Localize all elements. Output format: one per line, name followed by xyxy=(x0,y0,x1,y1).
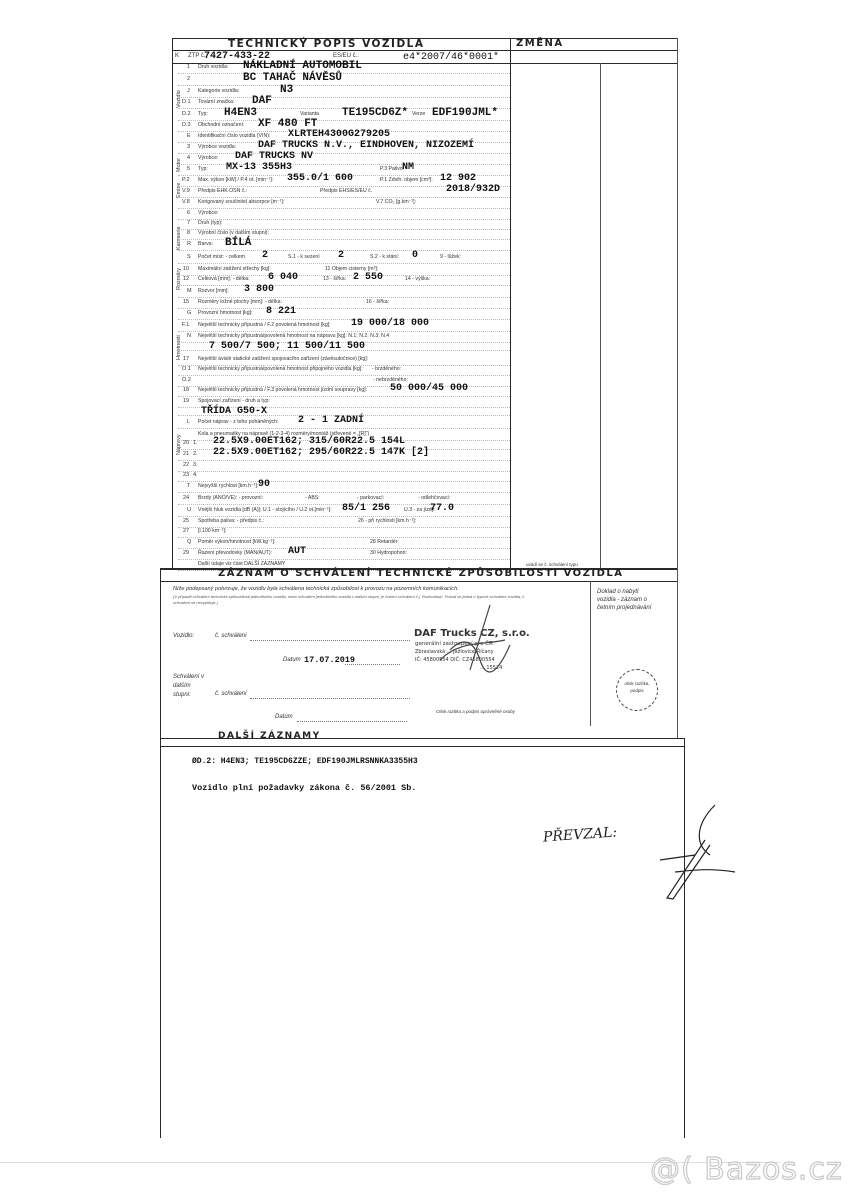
field-label: 28 Retardér: xyxy=(370,539,399,545)
field-number: T xyxy=(187,483,190,489)
field-label: Výrobce vozidla: xyxy=(198,144,236,150)
field-value: DAF xyxy=(252,95,272,107)
eseu-label: ES/EU č.: xyxy=(333,53,359,59)
field-number: M xyxy=(187,288,192,294)
field-number: N xyxy=(187,333,191,339)
field-number: D.2 xyxy=(182,111,191,117)
field-label: Počet míst: - celkem xyxy=(198,254,245,260)
field-label: Největší technicky přípustná/povolená hm… xyxy=(198,333,389,339)
field-value: 3 800 xyxy=(244,284,274,295)
corner-label: K xyxy=(175,53,179,59)
signature-icon xyxy=(655,800,745,910)
field-number: 1. xyxy=(193,440,198,446)
field-number: 27 xyxy=(183,528,189,534)
field-number: G xyxy=(187,310,191,316)
stamp-signature-icon xyxy=(430,600,540,680)
field-number: U xyxy=(187,507,191,513)
field-label: - parkovací: xyxy=(357,495,384,501)
field-label: Rozměry ložné plochy [mm]: - délka: xyxy=(198,299,282,305)
field-label: V.7 CO₂ [g.km⁻¹]: xyxy=(376,199,416,205)
field-label: - ABS: xyxy=(305,495,320,501)
field-value: 0 xyxy=(412,250,418,261)
field-value: N3 xyxy=(280,84,293,96)
field-label: Předpis EHS/ES/EU č. xyxy=(320,188,372,194)
field-label: Řazení převodovky (MAN/AUT): xyxy=(198,550,272,556)
field-number: V.9 xyxy=(182,188,190,194)
field-value: 6 040 xyxy=(268,272,298,283)
field-label: Max. výkon [kW] / P.4 ot. [min⁻¹]: xyxy=(198,177,273,183)
field-label: - odlehčovací: xyxy=(418,495,450,501)
field-number: J xyxy=(187,88,190,94)
field-value: 85/1 256 xyxy=(342,503,390,514)
seal-text: otisk razítka, podpis xyxy=(622,680,652,694)
field-number: 3. xyxy=(193,462,198,468)
field-number: R xyxy=(187,241,191,247)
field-number: 3 xyxy=(187,144,190,150)
field-number: 5 xyxy=(187,166,190,172)
field-label: Rozvor [mm]: xyxy=(198,288,229,294)
field-label: Poměr výkon/hmotnost [kW.kg⁻¹]: xyxy=(198,539,275,545)
side-label-hmotnosti: Hmotnosti xyxy=(176,335,182,360)
field-label: Výrobní číslo (v dalším stupni): xyxy=(198,230,269,236)
handwritten-received: PŘEVZAL: xyxy=(543,824,618,845)
approval-date-label-2: Datum xyxy=(275,714,293,720)
field-number: 12 xyxy=(183,276,189,282)
field-value: 2 xyxy=(338,250,344,261)
field-label: S.2 - k stání: xyxy=(370,254,399,260)
field-number: 22 xyxy=(183,462,189,468)
field-label: Brzdy (ANO/VE): - provozní: xyxy=(198,495,263,501)
field-number: O.2 xyxy=(182,377,191,383)
field-label: Největší ávislé statické zatížení spojov… xyxy=(198,356,368,362)
field-number: 29 xyxy=(183,550,189,556)
field-label: Varianta xyxy=(300,111,319,117)
field-value: XLRTEH4300G279205 xyxy=(288,129,390,140)
field-number: L xyxy=(187,419,190,425)
type-note: uvádí se č. schválení typu xyxy=(526,562,578,567)
field-value: NM xyxy=(402,162,414,173)
field-label: Maximální zatížení střechy [kg]: xyxy=(198,266,271,272)
field-number: P.2 xyxy=(182,177,190,183)
field-label: Vnější hluk vozidla [dB (A)]: U.1 - stoj… xyxy=(198,507,332,513)
field-value: 8 221 xyxy=(266,306,296,317)
field-number: E xyxy=(187,133,191,139)
field-number: 18 xyxy=(183,387,189,393)
field-label: Výrobce: xyxy=(198,210,218,216)
field-number: 2. xyxy=(193,451,198,457)
field-number: 23 xyxy=(183,472,189,478)
field-number: 15 xyxy=(183,299,189,305)
field-number: 21 xyxy=(183,451,189,457)
field-value: TE195CD6Z* xyxy=(342,107,408,119)
field-value: 2018/932D xyxy=(446,184,500,195)
field-number: O.1 xyxy=(182,366,191,372)
field-value: 19 000/18 000 xyxy=(351,318,429,329)
field-label: Počet náprav - z toho poháněných: xyxy=(198,419,278,425)
field-value: MX-13 355H3 xyxy=(226,162,292,173)
field-label: Verze xyxy=(412,111,425,117)
field-number: 2 xyxy=(187,76,190,82)
field-label: 30 Hydropohon: xyxy=(370,550,407,556)
field-number: 24 xyxy=(183,495,189,501)
field-label: Nejvyšší rychlost [km.h⁻¹]: xyxy=(198,483,258,489)
field-label: S.1 - k sezení xyxy=(288,254,320,260)
field-value: 22.5X9.00ET162; 295/60R22.5 147K [2] xyxy=(213,447,429,458)
field-number: F.1 xyxy=(182,322,189,328)
field-value: 2 - 1 ZADNÍ xyxy=(298,415,364,426)
field-label: Identifikační číslo vozidla (VIN): xyxy=(198,133,270,139)
field-value: BÍLÁ xyxy=(225,237,251,249)
field-number: S xyxy=(187,254,191,260)
field-label: Výrobce: xyxy=(198,155,218,161)
field-label: P.1 Zdvih. objem [cm³]: xyxy=(380,177,433,183)
field-label: Druh (typ): xyxy=(198,220,223,226)
field-number: 25 xyxy=(183,518,189,524)
field-label: 16 - šířka: xyxy=(366,299,389,305)
field-value: 2 550 xyxy=(353,272,383,283)
field-label: Obchodní označení: xyxy=(198,122,244,128)
field-number: 6 xyxy=(187,210,190,216)
field-label: 14 - výška: xyxy=(405,276,430,282)
field-label: Spojovací zařízení - druh a typ: xyxy=(198,398,270,404)
field-value: BC TAHAČ NÁVĚSŮ xyxy=(243,72,342,84)
field-value: H4EN3 xyxy=(224,107,257,119)
field-label: Spotřeba paliva: - předpis č.: xyxy=(198,518,264,524)
field-number: 17 xyxy=(183,356,189,362)
field-label: 13 - šířka: xyxy=(323,276,346,282)
field-number: 1 xyxy=(187,64,190,70)
field-label: Typ: xyxy=(198,111,208,117)
approval-vehicle-label: Vozidlo: xyxy=(173,633,194,639)
field-value: 12 902 xyxy=(440,173,476,184)
field-number: 19 xyxy=(183,398,189,404)
field-number: Q xyxy=(187,539,191,545)
field-number: 7 xyxy=(187,220,190,226)
field-label: Největší technicky přípustná / F.2 povol… xyxy=(198,322,331,328)
field-label: Největší technicky přípustná / F.3 povol… xyxy=(198,387,367,393)
field-label: [l.100 km⁻¹]: xyxy=(198,528,226,534)
further-line-2: Vozidlo plní požadavky zákona č. 56/2001… xyxy=(192,783,416,793)
field-label: Celková [mm]: - délka: xyxy=(198,276,250,282)
further-records-title: DALŠÍ ZÁZNAMY xyxy=(218,731,321,741)
change-column-title: ZMĚNA xyxy=(516,38,564,49)
field-number: 8 xyxy=(187,230,190,236)
approval-number-label: č. schválení xyxy=(215,633,247,639)
field-value: NÁKLADNÍ AUTOMOBIL xyxy=(243,60,362,72)
field-value: DAF TRUCKS NV xyxy=(235,151,313,162)
field-label: Kategorie vozidla: xyxy=(198,88,239,94)
field-value: DAF TRUCKS N.V., EINDHOVEN, NIZOZEMÍ xyxy=(258,140,474,151)
field-number: 20 xyxy=(183,440,189,446)
field-label: Barva: xyxy=(198,241,213,247)
next-stage-label: Schválení v dalším stupni: xyxy=(173,673,205,700)
further-line-1: ØD.2: H4EN3; TE195CD6ZZE; EDF190JMLRSNNK… xyxy=(192,757,418,766)
field-number: D.1 xyxy=(182,99,191,105)
field-number: 4 xyxy=(187,155,190,161)
field-number: D.3 xyxy=(182,122,191,128)
field-label: - brzděného: xyxy=(372,366,401,372)
watermark: @( Bazos.cz xyxy=(650,1152,843,1187)
field-number: V.8 xyxy=(182,199,190,205)
field-value: 90 xyxy=(258,479,270,490)
stamp-caption: Otisk razítka a podpis oprávněné osoby xyxy=(436,709,515,714)
field-label: Typ: xyxy=(198,166,208,172)
field-label: Další údaje viz část DALŠÍ ZÁZNAMY xyxy=(198,561,285,567)
field-label: Tovární značka: xyxy=(198,99,234,105)
field-value: 2 xyxy=(262,250,268,261)
field-number: 10 xyxy=(183,266,189,272)
field-value: 50 000/45 000 xyxy=(390,383,468,394)
field-value: EDF190JML* xyxy=(432,107,498,119)
approval-date-label: Datum xyxy=(283,657,301,663)
field-label: Korigovaný součinitel absorpce [m⁻¹]: xyxy=(198,199,284,205)
approval-number-label-2: č. schválení xyxy=(215,691,247,697)
field-label: 26 - při rychlosti [km.h⁻¹]: xyxy=(358,518,416,524)
field-label: Největší technicky přípustná/povolená hm… xyxy=(198,366,363,372)
field-value: 77.0 xyxy=(430,503,454,514)
side-label-napravy: Nápravy xyxy=(176,435,182,455)
field-label: P.3 Palivo: xyxy=(380,166,404,172)
field-value: 355.0/1 600 xyxy=(287,173,353,184)
eseu-number: e4*2007/46*0001* xyxy=(403,52,499,63)
field-label: 9 - lůžek: xyxy=(440,254,461,260)
side-label-rozmery: Rozměry xyxy=(176,268,182,290)
field-label: Druh vozidla: xyxy=(198,64,228,70)
field-value: AUT xyxy=(288,546,306,557)
approval-title: ZÁZNAM O SCHVÁLENÍ TECHNICKÉ ZPŮSOBILOST… xyxy=(218,568,624,579)
doc-title: TECHNICKÝ POPIS VOZIDLA xyxy=(228,38,425,50)
field-number: 4. xyxy=(193,472,198,478)
approval-statement: Níže podepsaný potvrzuje, že vozidlu byl… xyxy=(173,586,459,592)
field-label: Předpis EHK OSN č.: xyxy=(198,188,247,194)
field-label: Provozní hmotnost [kg]: xyxy=(198,310,253,316)
ownership-doc-label: Doklad o nabytí vozidla - záznam o četní… xyxy=(597,588,659,612)
field-value: 22.5X9.00ET162; 315/60R22.5 154L xyxy=(213,436,405,447)
